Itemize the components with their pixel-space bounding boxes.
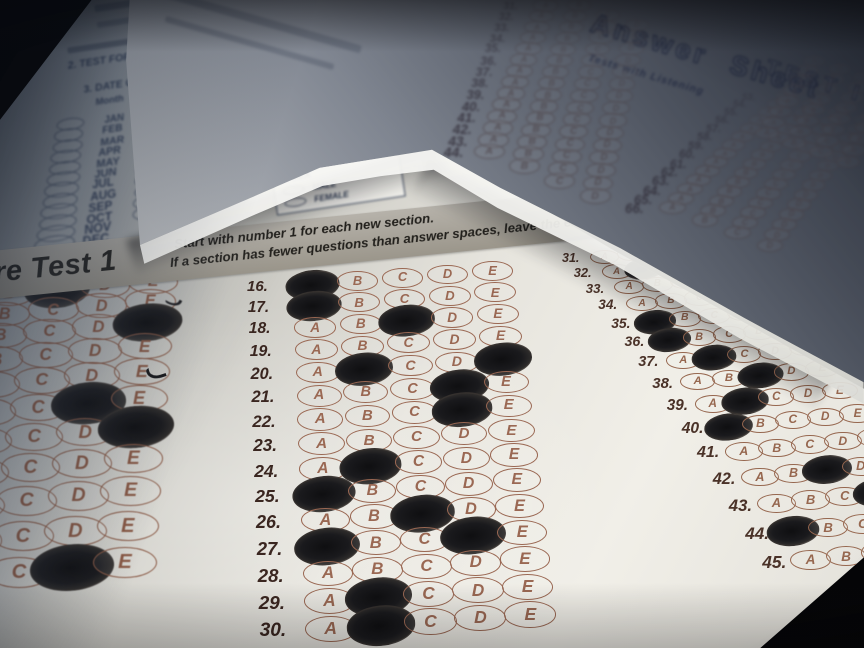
answer-bubble: A	[590, 250, 619, 264]
answer-bubble: B	[802, 104, 825, 115]
question-number: 40.	[682, 420, 704, 438]
answer-bubble: D	[580, 188, 611, 204]
answer-bubble: A	[776, 95, 799, 106]
answer-bubble: A	[725, 442, 763, 461]
question-number: 35.	[611, 315, 630, 331]
answer-bubble: C	[841, 92, 863, 103]
answer-bubble: A	[741, 468, 779, 487]
answer-bubble: A	[757, 494, 796, 513]
answer-bubble: B	[829, 64, 850, 75]
answer-bubble: B	[758, 439, 796, 458]
answer-bubble: D	[790, 385, 826, 403]
answer-bubble: A	[659, 201, 686, 214]
answer-bubble: B	[692, 213, 719, 226]
answer-bubble: A	[474, 144, 505, 160]
answer-bubble: B	[791, 490, 830, 509]
answer-bubble: C	[791, 435, 829, 454]
answer-bubble: B	[669, 311, 701, 327]
question-number: 31.	[503, 1, 517, 12]
answer-bubble: C	[724, 226, 751, 239]
banner-test-title: re Test 1	[0, 245, 118, 290]
question-number: 66.	[625, 201, 644, 216]
answer-bubble: C	[835, 102, 857, 113]
answer-bubble: D	[807, 408, 844, 426]
question-number: 45.	[762, 552, 786, 573]
question-number: 33.	[586, 281, 604, 296]
answer-bubble: D	[625, 19, 649, 31]
answer-bubble: C	[544, 173, 575, 189]
answer-bubble: E	[839, 404, 864, 422]
question-number: 43.	[729, 496, 752, 516]
answer-bubble: B	[809, 94, 831, 105]
answer-bubble: B	[826, 546, 864, 566]
answer-bubble: B	[509, 158, 540, 174]
answer-bubble: B	[822, 74, 843, 85]
question-number: 31.	[562, 251, 579, 265]
answer-bubble: D	[836, 156, 860, 168]
question-number: 37.	[638, 354, 658, 370]
answer-bubble: A	[626, 296, 658, 311]
answer-bubble: D	[619, 42, 644, 55]
answer-bubble: C	[828, 113, 851, 124]
answer-bubble: A	[790, 550, 831, 570]
answer-bubble: B	[742, 415, 779, 433]
answer-bubble: B	[683, 329, 716, 345]
answer-bubble: B	[563, 10, 588, 22]
answer-bubble: D	[774, 363, 809, 380]
top-sheet-text-line	[165, 16, 335, 70]
answer-bubble: C	[698, 308, 730, 324]
answer-bubble: B	[642, 277, 673, 292]
answer-bubble: D	[757, 239, 784, 252]
question-number: 44.	[745, 524, 769, 544]
answer-bubble: B	[796, 115, 819, 127]
answer-bubble: D	[824, 432, 862, 451]
question-number: 41.	[697, 444, 719, 462]
answer-bubble: B	[655, 293, 687, 308]
question-number: 32.	[574, 265, 592, 280]
question-number: 42.	[713, 470, 736, 489]
answer-bubble: C	[848, 82, 864, 93]
answer-bubble: D	[842, 144, 864, 156]
question-number: 36.	[625, 334, 645, 350]
answer-bubble: C	[775, 411, 812, 429]
answer-bubble: C	[589, 31, 614, 44]
answer-bubble: C	[713, 326, 746, 342]
answer-bubble: B	[782, 137, 806, 149]
answer-bubble: D	[758, 343, 792, 360]
answer-bubble: E	[822, 382, 858, 400]
question-number: 38.	[652, 375, 673, 392]
question-number: 34.	[598, 297, 617, 312]
answer-bubble: A	[680, 373, 715, 390]
answer-bubble: B	[808, 518, 848, 538]
question-number: 39.	[667, 397, 688, 415]
answer-bubble: C	[727, 346, 761, 363]
answer-bubble: C	[758, 388, 794, 406]
answer-bubble: C	[816, 135, 839, 147]
answer-bubble: A	[614, 280, 645, 295]
answer-bubble: D	[622, 30, 647, 42]
photo-scene: 2. TEST FORM 3. DATE OF BIRTH Month JAN0…	[0, 0, 864, 648]
